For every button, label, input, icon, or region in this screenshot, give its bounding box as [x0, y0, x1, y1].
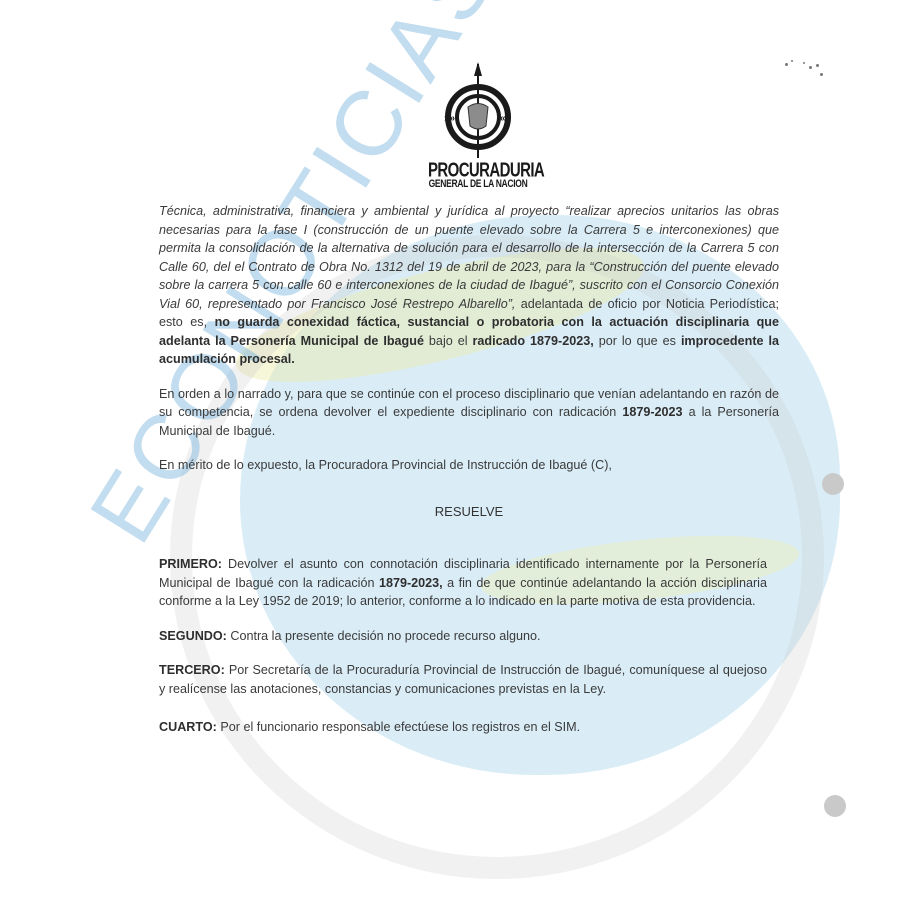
radicacion-number: 1879-2023 — [622, 405, 682, 419]
resolution-primero: PRIMERO: Devolver el asunto con connotac… — [159, 555, 767, 611]
procuraduria-logo: »» «« PROCURADURIA GENERAL DE LA NACION — [428, 62, 528, 188]
resolution-tercero: TERCERO: Por Secretaría de la Procuradur… — [159, 661, 767, 698]
document-body: Técnica, administrativa, financiera y am… — [159, 202, 779, 737]
paragraph-order: En orden a lo narrado y, para que se con… — [159, 385, 779, 441]
resolution-cuarto: CUARTO: Por el funcionario responsable e… — [159, 718, 767, 737]
paragraph-considerations: Técnica, administrativa, financiera y am… — [159, 202, 779, 369]
svg-text:««: «« — [500, 113, 512, 124]
procuraduria-seal-icon: »» «« — [438, 62, 518, 162]
resuelve-heading: RESUELVE — [159, 503, 779, 522]
resolution-segundo: SEGUNDO: Contra la presente decisión no … — [159, 627, 767, 646]
punch-hole-top — [822, 473, 844, 495]
quoted-project: Técnica, administrativa, financiera y am… — [159, 204, 779, 311]
svg-text:»»: »» — [444, 113, 456, 124]
paragraph-merito: En mérito de lo expuesto, la Procuradora… — [159, 456, 779, 475]
radicado-bold: radicado 1879-2023, — [473, 334, 594, 348]
logo-subtitle: GENERAL DE LA NACION — [428, 177, 528, 190]
punch-hole-bottom — [824, 795, 846, 817]
